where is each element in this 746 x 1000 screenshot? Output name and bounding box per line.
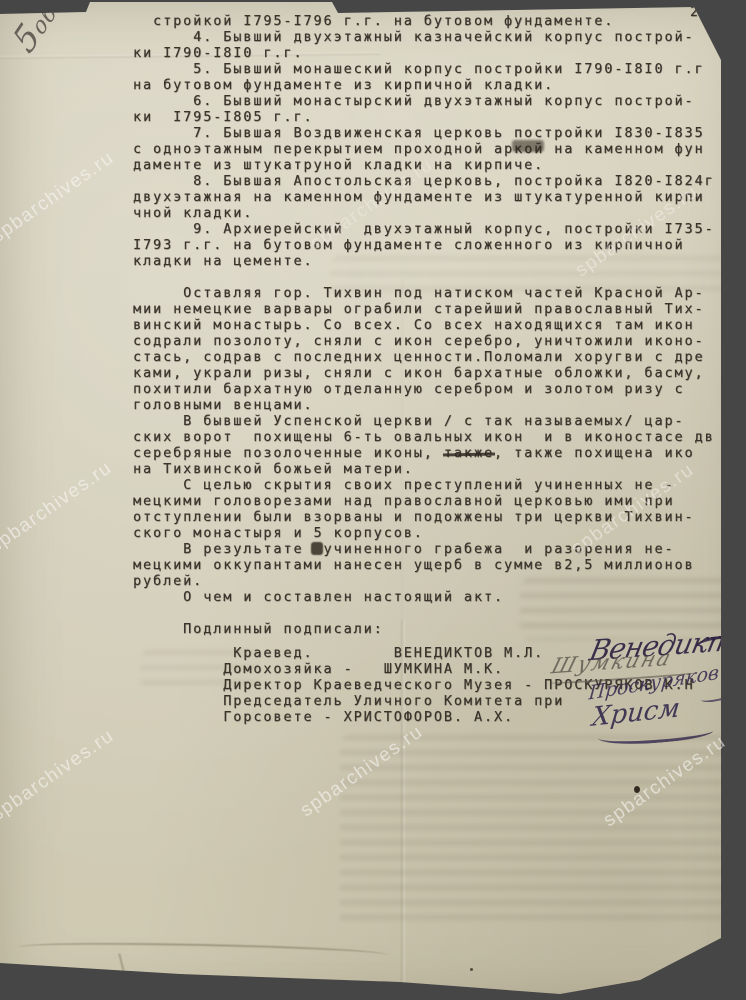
ink-bleedthrough xyxy=(340,735,740,930)
scanned-document: 2.- стройкой I795-I796 г.г. на бутовом ф… xyxy=(0,0,746,1000)
overstrike-ink-blot xyxy=(311,542,323,555)
paper-scuff-line xyxy=(18,940,388,962)
signature-flourish xyxy=(699,684,745,705)
ink-speck xyxy=(634,786,640,793)
typed-body-text: стройкой I795-I796 г.г. на бутовом фунда… xyxy=(133,13,715,637)
ink-speck xyxy=(470,968,473,971)
document-page: 2.- стройкой I795-I796 г.г. на бутовом ф… xyxy=(0,0,746,1000)
overstrike-ink-blot xyxy=(512,140,544,152)
handwritten-folio-note: 5об xyxy=(6,0,65,61)
